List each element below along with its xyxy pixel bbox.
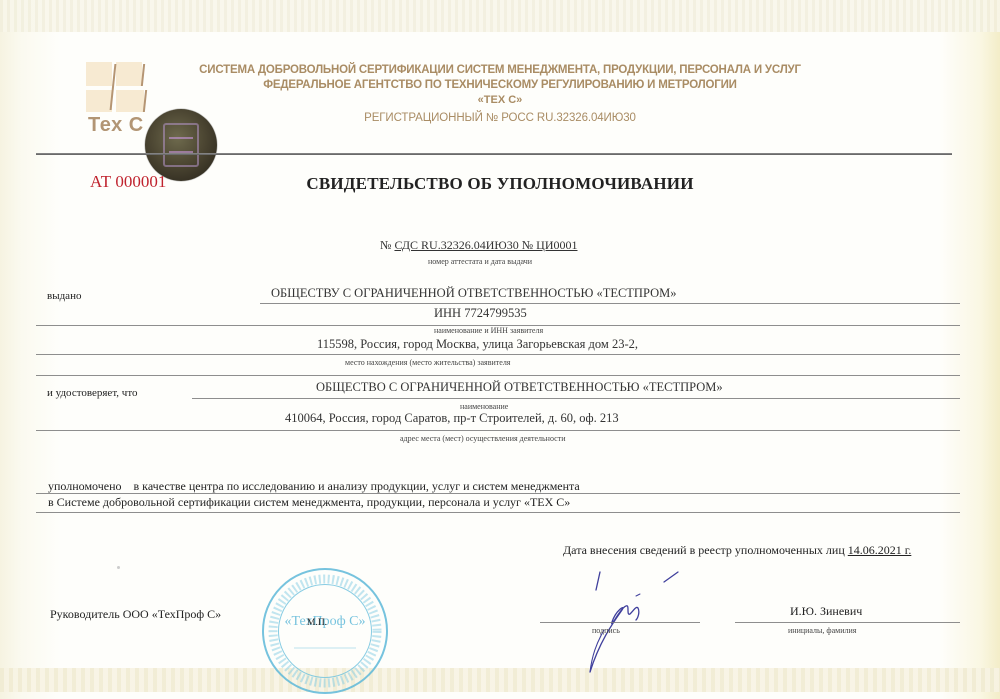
authorization-line-2: в Системе добровольной сертификации сист… <box>48 495 570 510</box>
rule <box>36 430 960 431</box>
certifies-address-hint: адрес места (мест) осуществления деятель… <box>400 434 565 443</box>
system-name: СИСТЕМА ДОБРОВОЛЬНОЙ СЕРТИФИКАЦИИ СИСТЕМ… <box>180 63 820 78</box>
registry-date: 14.06.2021 г. <box>848 543 912 557</box>
serial-number: АТ 000001 <box>90 172 166 192</box>
authorization-label: уполномочено <box>48 479 122 493</box>
rule <box>36 354 960 355</box>
company-stamp-icon: «ТехПроф С» <box>262 568 388 694</box>
number-prefix: № <box>380 238 391 252</box>
system-short-name: «ТЕХ С» <box>180 93 820 107</box>
registry-date-line: Дата внесения сведений в реестр уполномо… <box>563 543 911 558</box>
registry-label: Дата внесения сведений в реестр уполномо… <box>563 543 845 557</box>
name-hint: инициалы, фамилия <box>788 626 856 635</box>
logo-text: Тех С <box>88 114 144 137</box>
issued-to-inn: ИНН 7724799535 <box>434 306 527 321</box>
certificate-number: № СДС RU.32326.04ИЮ30 № ЦИ0001 <box>380 238 578 253</box>
number-value: СДС RU.32326.04ИЮ30 № ЦИ0001 <box>394 238 577 252</box>
certificate-page: Тех С СИСТЕМА ДОБРОВОЛЬНОЙ СЕРТИФИКАЦИИ … <box>0 0 1000 699</box>
issued-to-name: ОБЩЕСТВУ С ОГРАНИЧЕННОЙ ОТВЕТСТВЕННОСТЬЮ… <box>271 286 676 301</box>
issued-to-label: выдано <box>47 290 81 302</box>
header-divider <box>36 153 952 155</box>
authorization-scope: в качестве центра по исследованию и анал… <box>134 479 580 493</box>
name-rule <box>735 622 960 623</box>
number-hint: номер аттестата и дата выдачи <box>428 257 532 266</box>
agency-name: ФЕДЕРАЛЬНОЕ АГЕНТСТВО ПО ТЕХНИЧЕСКОМУ РЕ… <box>180 78 820 93</box>
issuer-header: СИСТЕМА ДОБРОВОЛЬНОЙ СЕРТИФИКАЦИИ СИСТЕМ… <box>180 63 820 129</box>
stamp-mark: М.П. <box>307 618 327 628</box>
certifies-address: 410064, Россия, город Саратов, пр-т Стро… <box>285 411 619 426</box>
tex-c-logo: Тех С <box>84 62 154 142</box>
rule <box>260 303 960 304</box>
speck <box>117 566 120 569</box>
stamp-ring-icon <box>264 570 386 692</box>
signatory-name: И.Ю. Зиневич <box>790 604 862 619</box>
certifies-name: ОБЩЕСТВО С ОГРАНИЧЕННОЙ ОТВЕТСТВЕННОСТЬЮ… <box>316 380 723 395</box>
signature-icon <box>560 560 700 680</box>
signatory-role: Руководитель ООО «ТехПроф С» <box>50 607 221 622</box>
certifies-name-hint: наименование <box>460 402 508 411</box>
issued-to-address: 115598, Россия, город Москва, улица Заго… <box>317 337 638 352</box>
rule <box>36 493 960 494</box>
signature-hint: подпись <box>592 626 620 635</box>
certifies-label: и удостоверяет, что <box>47 387 138 399</box>
registration-number: РЕГИСТРАЦИОННЫЙ № РОСС RU.32326.04ИЮ30 <box>180 107 820 129</box>
rule <box>192 398 960 399</box>
rule <box>36 512 960 513</box>
decorative-top-band <box>0 0 1000 32</box>
rule <box>36 375 960 376</box>
decorative-bottom-band <box>0 668 1000 692</box>
signature-rule <box>540 622 700 623</box>
issued-to-address-hint: место нахождения (место жительства) заяв… <box>345 358 511 367</box>
document-title: СВИДЕТЕЛЬСТВО ОБ УПОЛНОМОЧИВАНИИ <box>260 174 740 194</box>
issued-to-name-hint: наименование и ИНН заявителя <box>434 326 543 335</box>
authorization-line-1: уполномочено в качестве центра по исслед… <box>48 479 580 494</box>
